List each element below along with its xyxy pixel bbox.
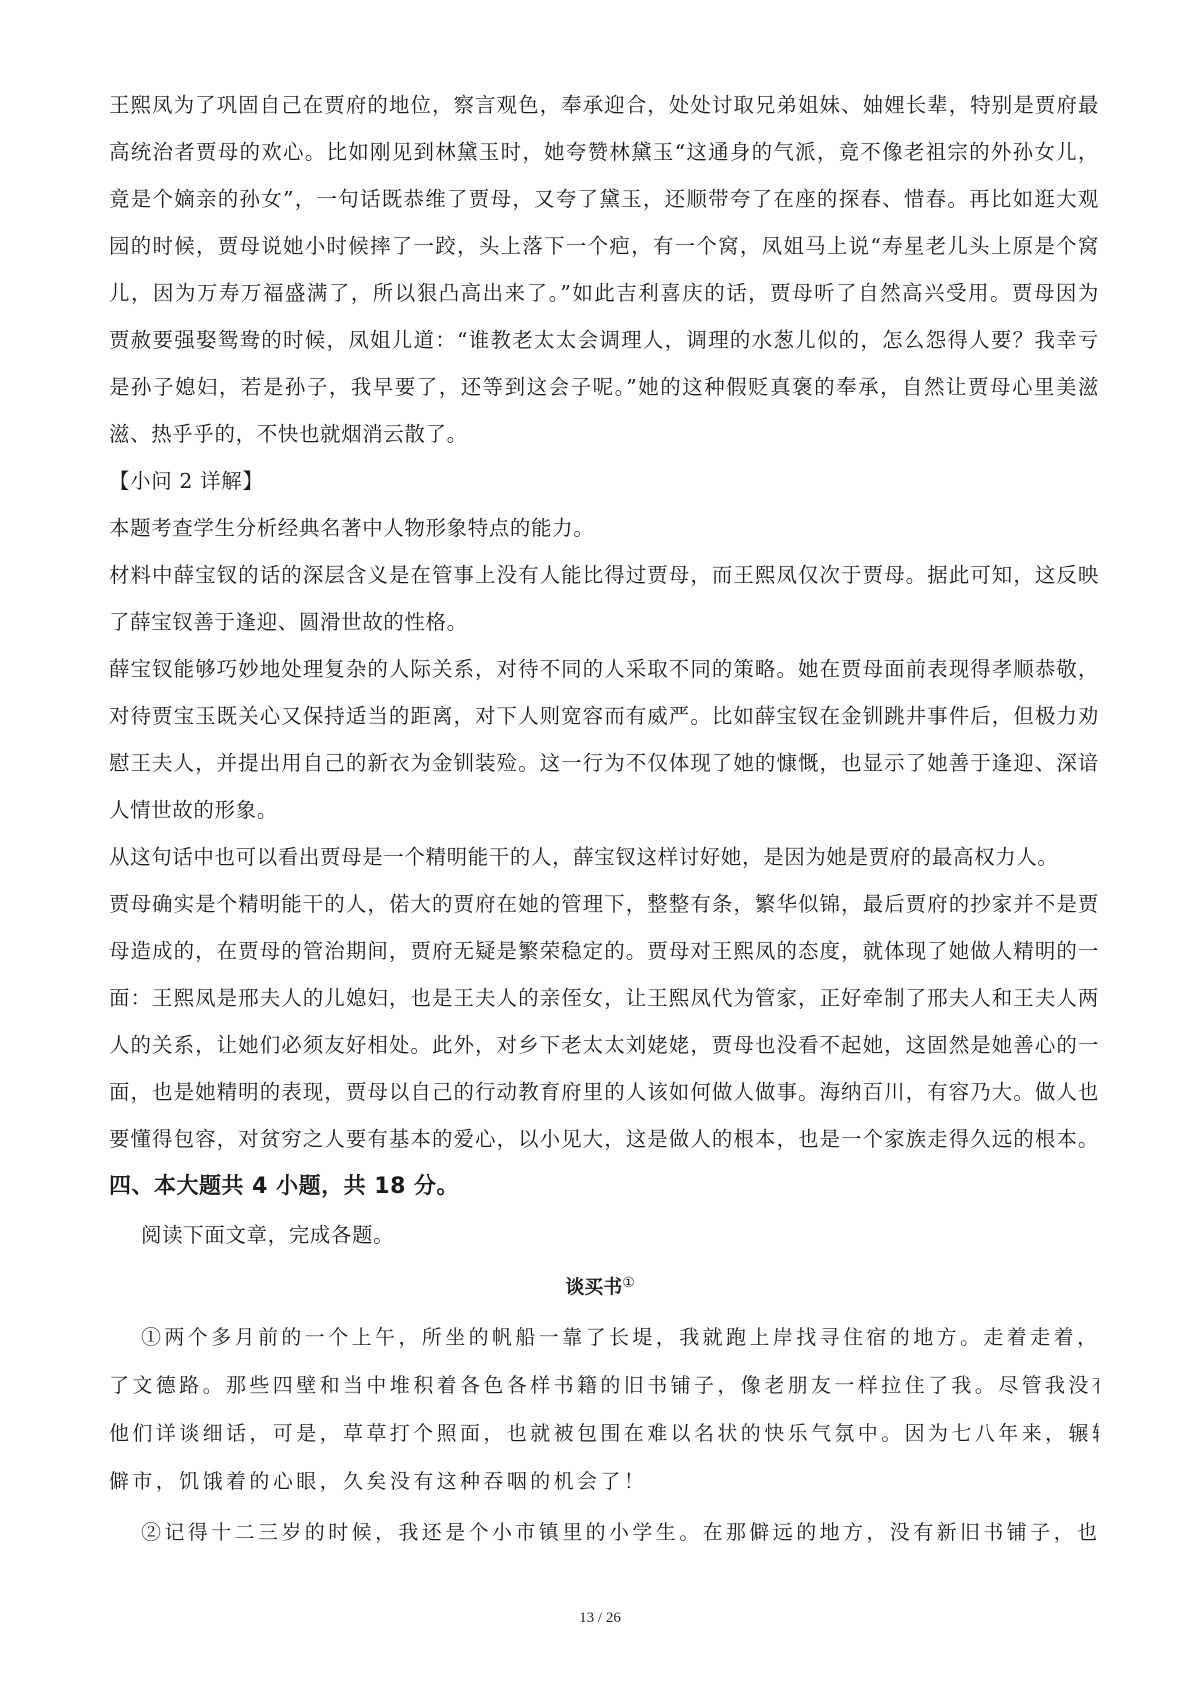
article-line: 了文德路。那些四壁和当中堆积着各色各样书籍的旧书铺子，像老朋友一样拉住了我。尽管… [109, 1370, 1099, 1400]
emphasis-dot-char: 饿 [203, 1466, 226, 1496]
text-line: 面：王熙凤是邢夫人的儿媳妇，也是王夫人的亲侄女，让王熙凤代为管家，正好牵制了邢夫… [109, 983, 1099, 1013]
section-heading: 四、本大题共 4 小题，共 18 分。 [109, 1172, 459, 1202]
article-text: 着的心眼，久矣没有这种吞咽的机会了！ [226, 1469, 647, 1493]
text-line: 竟是个嫡亲的孙女”，一句话既恭维了贾母，又夸了黛玉，还顺带夸了在座的探春、惜春。… [109, 184, 1099, 214]
instruction-text: 阅读下面文章，完成各题。 [141, 1220, 394, 1250]
article-line: ①两个多月前的一个上午，所坐的帆船一靠了长堤，我就跑上岸找寻住宿的地方。走着走着… [141, 1322, 1099, 1352]
article-line: ②记得十二三岁的时候，我还是个小市镇里的小学生。在那僻远的地方，没有新旧书铺子，… [141, 1517, 1099, 1547]
page-number: 13 / 26 [0, 1610, 1200, 1627]
text-line: 高统治者贾母的欢心。比如刚见到林黛玉时，她夸赞林黛玉“这通身的气派，竟不像老祖宗… [109, 137, 1099, 167]
text-line: 是孙子媳妇，若是孙子，我早要了，还等到这会子呢。”她的这种假贬真褒的奉承，自然让… [109, 372, 1099, 402]
article-title: 谈买书① [0, 1268, 1200, 1302]
text-line: 儿，因为万寿万福盛满了，所以狠凸高出来了。”如此吉利喜庆的话，贾母听了自然高兴受… [109, 278, 1099, 308]
sub-question-label: 【小问 2 详解】 [109, 466, 1099, 496]
text-line: 要懂得包容，对贫穷之人要有基本的爱心，以小见大，这是做人的根本，也是一个家族走得… [109, 1124, 1099, 1154]
text-line: 贾赦要强娶鸳鸯的时候，凤姐儿道：“谁教老太太会调理人，调理的水葱儿似的，怎么怨得… [109, 325, 1099, 355]
text-line: 人的关系，让她们必须友好相处。此外，对乡下老太太刘姥姥，贾母也没看不起她，这固然… [109, 1030, 1099, 1060]
article-line: 僻市，饥饿着的心眼，久矣没有这种吞咽的机会了！ [109, 1466, 1099, 1496]
article-line: 他们详谈细话，可是，草草打个照面，也就被包围在难以名状的快乐气氛中。因为七八年来… [109, 1418, 1099, 1448]
text-line: 面，也是她精明的表现，贾母以自己的行动教育府里的人该如何做人做事。海纳百川，有容… [109, 1077, 1099, 1107]
text-line: 贾母确实是个精明能干的人，偌大的贾府在她的管理下，整整有条，繁华似锦，最后贾府的… [109, 889, 1099, 919]
text-line: 园的时候，贾母说她小时候摔了一跤，头上落下一个疤，有一个窝，凤姐马上说“寿星老儿… [109, 231, 1099, 261]
article-text: 僻市， [109, 1469, 179, 1493]
text-line: 从这句话中也可以看出贾母是一个精明能干的人，薛宝钗这样讨好她，是因为她是贾府的最… [109, 842, 1099, 872]
document-page: 王熙凤为了巩固自己在贾府的地位，察言观色，奉承迎合，处处讨取兄弟姐妹、妯娌长辈，… [0, 0, 1200, 1697]
text-line: 滋、热乎乎的，不快也就烟消云散了。 [109, 419, 1099, 449]
footnote-marker: ① [622, 1275, 635, 1291]
article-text: 了文德路。那些四壁和当中堆积着各色各样书籍的旧书铺子，像老朋友一样拉住了我。尽管… [109, 1373, 1099, 1397]
text-line: 对待贾宝玉既关心又保持适当的距离，对下人则宽容而有威严。比如薛宝钗在金钏跳井事件… [109, 701, 1099, 731]
text-line: 材料中薛宝钗的话的深层含义是在管事上没有人能比得过贾母，而王熙凤仅次于贾母。据此… [109, 560, 1099, 590]
text-line: 王熙凤为了巩固自己在贾府的地位，察言观色，奉承迎合，处处讨取兄弟姐妹、妯娌长辈，… [109, 90, 1099, 120]
emphasis-dot-char: 饥 [179, 1466, 202, 1496]
text-line: 慰王夫人，并提出用自己的新衣为金钏装殓。这一行为不仅体现了她的慷慨，也显示了她善… [109, 748, 1099, 778]
text-line: 薛宝钗能够巧妙地处理复杂的人际关系，对待不同的人采取不同的策略。她在贾母面前表现… [109, 654, 1099, 684]
text-line: 人情世故的形象。 [109, 795, 1099, 825]
text-line: 了薛宝钗善于逢迎、圆滑世故的性格。 [109, 607, 1099, 637]
article-title-text: 谈买书 [565, 1276, 622, 1298]
text-line: 母造成的，在贾母的管治期间，贾府无疑是繁荣稳定的。贾母对王熙凤的态度，就体现了她… [109, 936, 1099, 966]
sub-question-intro: 本题考查学生分析经典名著中人物形象特点的能力。 [109, 513, 1099, 543]
